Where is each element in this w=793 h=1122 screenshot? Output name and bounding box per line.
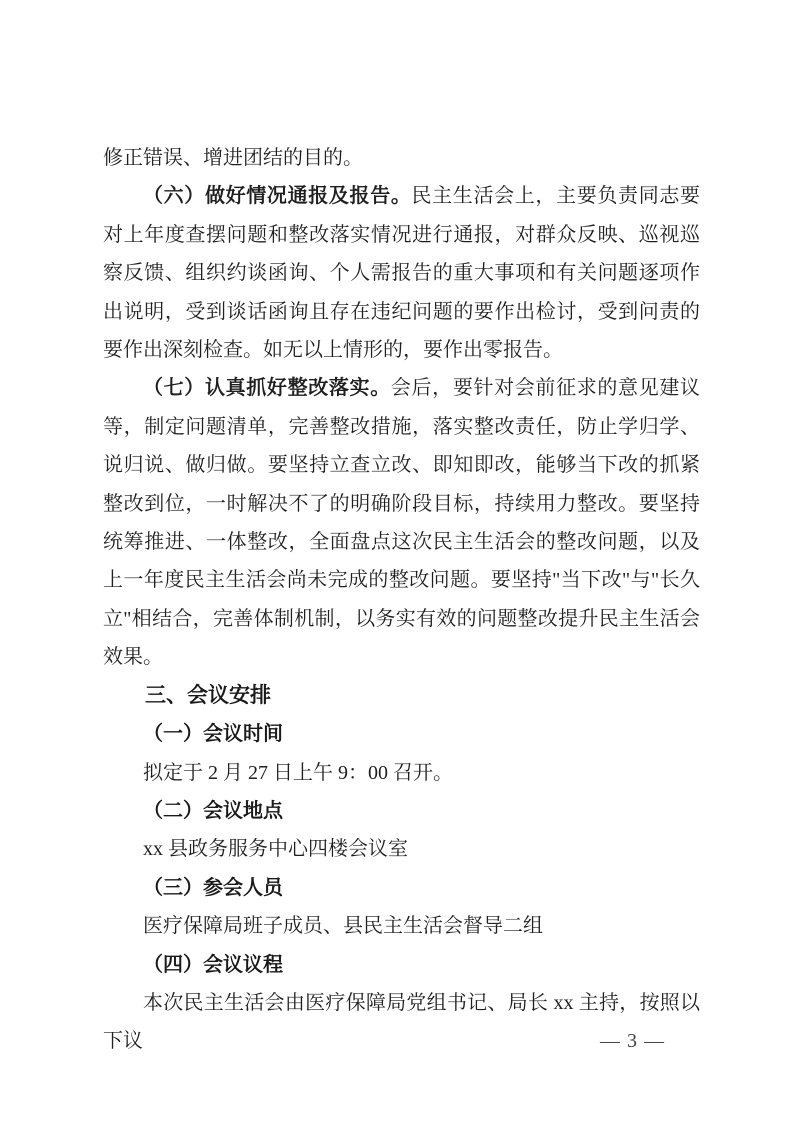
paragraph-continuation: 修正错误、增进团结的目的。: [103, 139, 700, 177]
paragraph-meeting-place: xx 县政务服务中心四楼会议室: [103, 830, 700, 868]
paragraph-item-7-lead: （七）认真抓好整改落实。: [143, 377, 391, 399]
document-page: 修正错误、增进团结的目的。 （六）做好情况通报及报告。民主生活会上，主要负责同志…: [0, 0, 793, 1122]
paragraph-meeting-time: 拟定于 2 月 27 日上午 9：00 召开。: [103, 754, 700, 792]
page-number: — 3 —: [600, 1029, 665, 1053]
document-body: 修正错误、增进团结的目的。 （六）做好情况通报及报告。民主生活会上，主要负责同志…: [103, 139, 700, 1061]
paragraph-item-7-text: 会后，要针对会前征求的意见建议等，制定问题清单，完善整改措施，落实整改责任，防止…: [103, 377, 700, 668]
paragraph-item-6: （六）做好情况通报及报告。民主生活会上，主要负责同志要对上年度查摆问题和整改落实…: [103, 177, 700, 369]
paragraph-item-6-lead: （六）做好情况通报及报告。: [143, 185, 412, 207]
paragraph-item-6-text: 民主生活会上，主要负责同志要对上年度查摆问题和整改落实情况进行通报，对群众反映、…: [103, 185, 700, 361]
section-heading-meeting-arrangement: 三、会议安排: [103, 677, 700, 715]
paragraph-item-7: （七）认真抓好整改落实。会后，要针对会前征求的意见建议等，制定问题清单，完善整改…: [103, 369, 700, 676]
subsection-heading-meeting-place: （二）会议地点: [103, 792, 700, 830]
subsection-heading-participants: （三）参会人员: [103, 869, 700, 907]
paragraph-participants: 医疗保障局班子成员、县民主生活会督导二组: [103, 907, 700, 945]
subsection-heading-meeting-agenda: （四）会议议程: [103, 946, 700, 984]
subsection-heading-meeting-time: （一）会议时间: [103, 715, 700, 753]
